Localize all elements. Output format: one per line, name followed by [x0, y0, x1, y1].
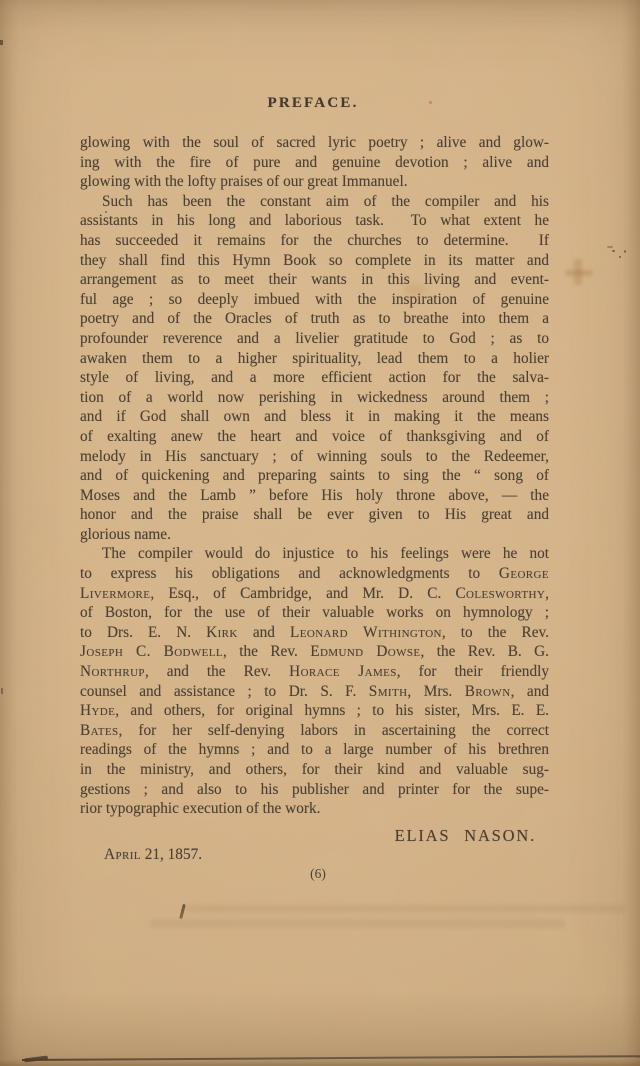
text-run: and	[238, 624, 290, 641]
text-line: Moses and the Lamb ” before His holy thr…	[80, 486, 549, 506]
paper-speck	[619, 256, 621, 258]
text-run: in the ministry, and others, for their k…	[80, 761, 549, 778]
text-run: counsel and assistance ; to Dr. S. F.	[80, 683, 369, 700]
text-line: Northrup, and the Rev. Horace James, for…	[80, 662, 549, 682]
smallcaps-name: Bates	[80, 722, 118, 739]
text-line: awaken them to a higher spirituality, le…	[80, 349, 549, 369]
text-run: , Mrs.	[407, 683, 464, 700]
text-line: Joseph C. Bodwell, the Rev. Edmund Dowse…	[80, 642, 549, 662]
text-run: honor and the praise shall be ever given…	[80, 506, 549, 523]
page-number: (6)	[0, 866, 636, 882]
text-run: ,	[545, 585, 549, 602]
text-line: Bates, for her self-denying labors in as…	[80, 721, 549, 741]
text-run: arrangement as to meet their wants in th…	[80, 271, 549, 288]
text-line: rior typographic execution of the work.	[80, 799, 549, 819]
smallcaps-name: Smith	[369, 683, 408, 700]
text-line: poetry and of the Oracles of truth as to…	[80, 309, 549, 329]
text-run: , the Rev. B. G.	[421, 643, 549, 660]
page-title: PREFACE.	[0, 95, 626, 112]
text-run: glorious name.	[80, 526, 171, 543]
text-line: readings of the hymns ; and to a large n…	[80, 740, 549, 760]
text-run: and of quickening and preparing saints t…	[80, 467, 549, 484]
text-run: profounder reverence and a livelier grat…	[80, 330, 549, 347]
text-line: glorious name.	[80, 525, 549, 545]
text-run: style of living, and a more efficient ac…	[80, 369, 549, 386]
text-line: in the ministry, and others, for their k…	[80, 760, 549, 780]
text-run: , Esq., of Cambridge, and Mr. D. C.	[150, 585, 455, 602]
text-line: gestions ; and also to his publisher and…	[80, 780, 549, 800]
text-line: Such has been the constant aim of the co…	[80, 192, 549, 212]
text-run: , to the Rev.	[442, 624, 549, 641]
text-line: Hyde, and others, for original hymns ; t…	[80, 701, 549, 721]
text-line: ing with the fire of pure and genuine de…	[80, 153, 549, 173]
smallcaps-name: Leonard Withington	[290, 624, 442, 641]
text-run: has succeeded it remains for the churche…	[80, 232, 549, 249]
text-line: has succeeded it remains for the churche…	[80, 231, 549, 251]
smallcaps-name: Hyde	[80, 702, 115, 719]
text-run: Moses and the Lamb ” before His holy thr…	[80, 487, 549, 504]
paper-speck	[429, 101, 432, 104]
text-run: and if God shall own and bless it in mak…	[80, 408, 549, 425]
smallcaps-name: George	[499, 565, 549, 582]
text-run: assistants in his long and laborious tas…	[80, 212, 549, 229]
preface-body: glowing with the soul of sacred lyric po…	[80, 133, 549, 819]
smallcaps-name: Northrup	[80, 663, 145, 680]
scanned-book-page: PREFACE. glowing with the soul of sacred…	[0, 0, 640, 1066]
text-line: counsel and assistance ; to Dr. S. F. Sm…	[80, 682, 549, 702]
smallcaps-name: Edmund Dowse	[310, 643, 420, 660]
text-run: , and others, for original hymns ; to hi…	[115, 702, 549, 719]
text-line: assistants in his long and laborious tas…	[80, 211, 549, 231]
text-line: profounder reverence and a livelier grat…	[80, 329, 549, 349]
text-line: arrangement as to meet their wants in th…	[80, 270, 549, 290]
text-line: of exalting anew the heart and voice of …	[80, 427, 549, 447]
smallcaps-name: Joseph C. Bodwell	[80, 643, 223, 660]
smallcaps-name: Kirk	[206, 624, 238, 641]
text-run: , and the Rev.	[145, 663, 289, 680]
text-run: awaken them to a higher spirituality, le…	[80, 350, 549, 367]
smallcaps-name: Livermore	[80, 585, 150, 602]
text-run: ful age ; so deeply imbued with the insp…	[80, 291, 549, 308]
text-run: The compiler would do injustice to his f…	[102, 545, 549, 562]
dateline: April 21, 1857.	[104, 846, 202, 864]
text-run: Such has been the constant aim of the co…	[102, 193, 549, 210]
text-run: of Boston, for the use of their valuable…	[80, 604, 549, 621]
text-line: Livermore, Esq., of Cambridge, and Mr. D…	[80, 584, 549, 604]
text-line: to express his obligations and acknowled…	[80, 564, 549, 584]
paper-stain	[565, 270, 593, 276]
text-run: readings of the hymns ; and to a large n…	[80, 741, 549, 758]
text-run: tion of a world now perishing in wickedn…	[80, 389, 549, 406]
text-run: they shall find this Hymn Book so comple…	[80, 252, 549, 269]
paper-stain	[574, 259, 582, 285]
text-run: to Drs. E. N.	[80, 624, 206, 641]
text-run: ing with the fire of pure and genuine de…	[80, 154, 549, 171]
text-run: poetry and of the Oracles of truth as to…	[80, 310, 549, 327]
text-run: , for their friendly	[397, 663, 549, 680]
text-line: to Drs. E. N. Kirk and Leonard Withingto…	[80, 623, 549, 643]
smallcaps-name: Brown	[465, 683, 511, 700]
text-line: of Boston, for the use of their valuable…	[80, 603, 549, 623]
text-run: 21, 1857.	[141, 846, 202, 863]
text-line: honor and the praise shall be ever given…	[80, 505, 549, 525]
paper-speck	[612, 250, 615, 252]
ink-fleck	[179, 904, 186, 919]
text-line: glowing with the lofty praises of our gr…	[80, 172, 549, 192]
paper-speck	[607, 246, 613, 248]
text-line: The compiler would do injustice to his f…	[80, 544, 549, 564]
text-line: and of quickening and preparing saints t…	[80, 466, 549, 486]
text-run: melody in His sanctuary ; of winning sou…	[80, 448, 549, 465]
smallcaps-name: Colesworthy	[455, 585, 545, 602]
showthrough-band	[185, 905, 625, 912]
text-line: they shall find this Hymn Book so comple…	[80, 251, 549, 271]
paper-speck	[624, 250, 626, 253]
smallcaps-name: Horace James	[289, 663, 397, 680]
text-run: to express his obligations and acknowled…	[80, 565, 499, 582]
showthrough-band	[150, 919, 565, 928]
text-line: and if God shall own and bless it in mak…	[80, 407, 549, 427]
paper-speck	[1, 688, 3, 694]
page-edge-shadow	[0, 1059, 640, 1066]
text-line: glowing with the soul of sacred lyric po…	[80, 133, 549, 153]
paper-speck	[0, 40, 3, 45]
text-run: , the Rev.	[223, 643, 310, 660]
text-run: , for her self-denying labors in ascerta…	[118, 722, 549, 739]
text-run: of exalting anew the heart and voice of …	[80, 428, 549, 445]
text-run: glowing with the lofty praises of our gr…	[80, 173, 408, 190]
text-line: style of living, and a more efficient ac…	[80, 368, 549, 388]
signature: ELIAS NASON.	[80, 826, 536, 846]
text-run: glowing with the soul of sacred lyric po…	[80, 134, 549, 151]
smallcaps-name: April	[104, 846, 141, 863]
text-line: tion of a world now perishing in wickedn…	[80, 388, 549, 408]
text-line: ful age ; so deeply imbued with the insp…	[80, 290, 549, 310]
text-run: rior typographic execution of the work.	[80, 800, 320, 817]
text-run: gestions ; and also to his publisher and…	[80, 781, 549, 798]
paper-speck	[105, 211, 107, 213]
text-run: , and	[511, 683, 549, 700]
text-line: melody in His sanctuary ; of winning sou…	[80, 447, 549, 467]
